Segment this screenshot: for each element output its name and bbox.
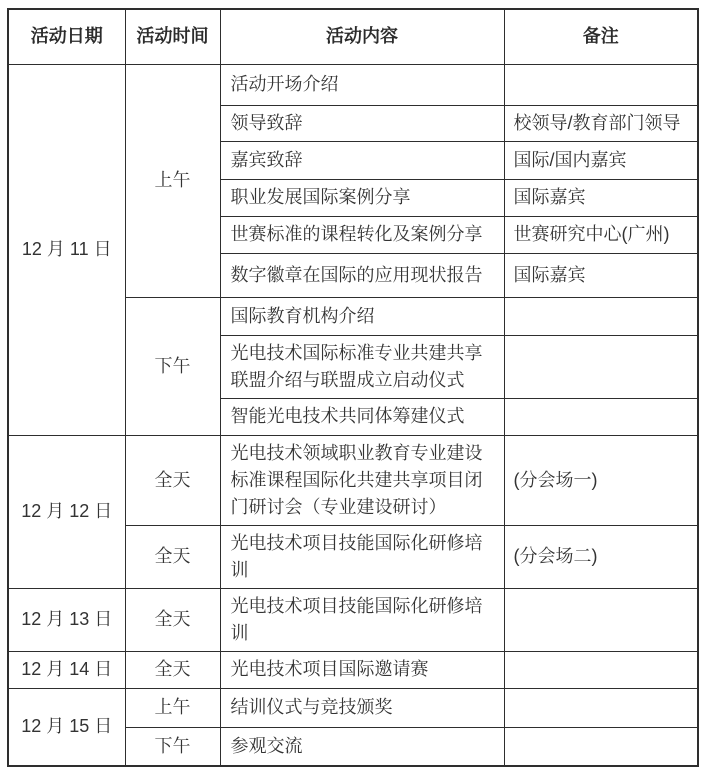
time-cell-afternoon: 下午 <box>125 727 220 766</box>
table-row: 12 月 14 日 全天 光电技术项目国际邀请赛 <box>8 651 698 688</box>
content-cell: 参观交流 <box>220 727 504 766</box>
content-cell: 结训仪式与竞技颁奖 <box>220 688 504 727</box>
time-cell-afternoon: 下午 <box>125 297 220 435</box>
note-cell <box>504 335 698 398</box>
header-activity-content: 活动内容 <box>220 9 504 64</box>
header-row: 活动日期 活动时间 活动内容 备注 <box>8 9 698 64</box>
date-cell-dec12: 12 月 12 日 <box>8 435 125 588</box>
content-cell: 国际教育机构介绍 <box>220 297 504 335</box>
content-cell: 职业发展国际案例分享 <box>220 179 504 216</box>
content-cell: 光电技术项目技能国际化研修培训 <box>220 588 504 651</box>
table-row: 12 月 11 日 上午 活动开场介绍 <box>8 64 698 105</box>
table-row: 12 月 15 日 上午 结训仪式与竞技颁奖 <box>8 688 698 727</box>
note-cell: (分会场二) <box>504 525 698 588</box>
time-cell-morning: 上午 <box>125 688 220 727</box>
content-cell: 光电技术国际标准专业共建共享联盟介绍与联盟成立启动仪式 <box>220 335 504 398</box>
note-cell: 校领导/教育部门领导 <box>504 105 698 141</box>
note-cell: (分会场一) <box>504 435 698 525</box>
note-cell <box>504 688 698 727</box>
time-cell-allday: 全天 <box>125 588 220 651</box>
schedule-table-wrapper: 活动日期 活动时间 活动内容 备注 12 月 11 日 上午 活动开场介绍 领导… <box>0 0 707 767</box>
event-schedule-table: 活动日期 活动时间 活动内容 备注 12 月 11 日 上午 活动开场介绍 领导… <box>7 8 699 767</box>
header-activity-time: 活动时间 <box>125 9 220 64</box>
time-cell-allday: 全天 <box>125 435 220 525</box>
content-cell: 领导致辞 <box>220 105 504 141</box>
content-cell: 光电技术领域职业教育专业建设标准课程国际化共建共享项目闭门研讨会（专业建设研讨） <box>220 435 504 525</box>
content-cell: 活动开场介绍 <box>220 64 504 105</box>
content-cell: 数字徽章在国际的应用现状报告 <box>220 253 504 297</box>
header-remarks: 备注 <box>504 9 698 64</box>
time-cell-allday: 全天 <box>125 525 220 588</box>
note-cell: 国际嘉宾 <box>504 179 698 216</box>
note-cell: 世赛研究中心(广州) <box>504 216 698 253</box>
note-cell <box>504 398 698 435</box>
note-cell <box>504 64 698 105</box>
note-cell <box>504 297 698 335</box>
content-cell: 光电技术项目国际邀请赛 <box>220 651 504 688</box>
note-cell <box>504 588 698 651</box>
note-cell <box>504 651 698 688</box>
content-cell: 世赛标准的课程转化及案例分享 <box>220 216 504 253</box>
header-activity-date: 活动日期 <box>8 9 125 64</box>
date-cell-dec13: 12 月 13 日 <box>8 588 125 651</box>
table-row: 12 月 13 日 全天 光电技术项目技能国际化研修培训 <box>8 588 698 651</box>
time-cell-allday: 全天 <box>125 651 220 688</box>
note-cell <box>504 727 698 766</box>
date-cell-dec14: 12 月 14 日 <box>8 651 125 688</box>
time-cell-morning: 上午 <box>125 64 220 297</box>
content-cell: 智能光电技术共同体筹建仪式 <box>220 398 504 435</box>
note-cell: 国际/国内嘉宾 <box>504 141 698 179</box>
date-cell-dec15: 12 月 15 日 <box>8 688 125 766</box>
date-cell-dec11: 12 月 11 日 <box>8 64 125 435</box>
note-cell: 国际嘉宾 <box>504 253 698 297</box>
table-row: 12 月 12 日 全天 光电技术领域职业教育专业建设标准课程国际化共建共享项目… <box>8 435 698 525</box>
content-cell: 嘉宾致辞 <box>220 141 504 179</box>
content-cell: 光电技术项目技能国际化研修培训 <box>220 525 504 588</box>
